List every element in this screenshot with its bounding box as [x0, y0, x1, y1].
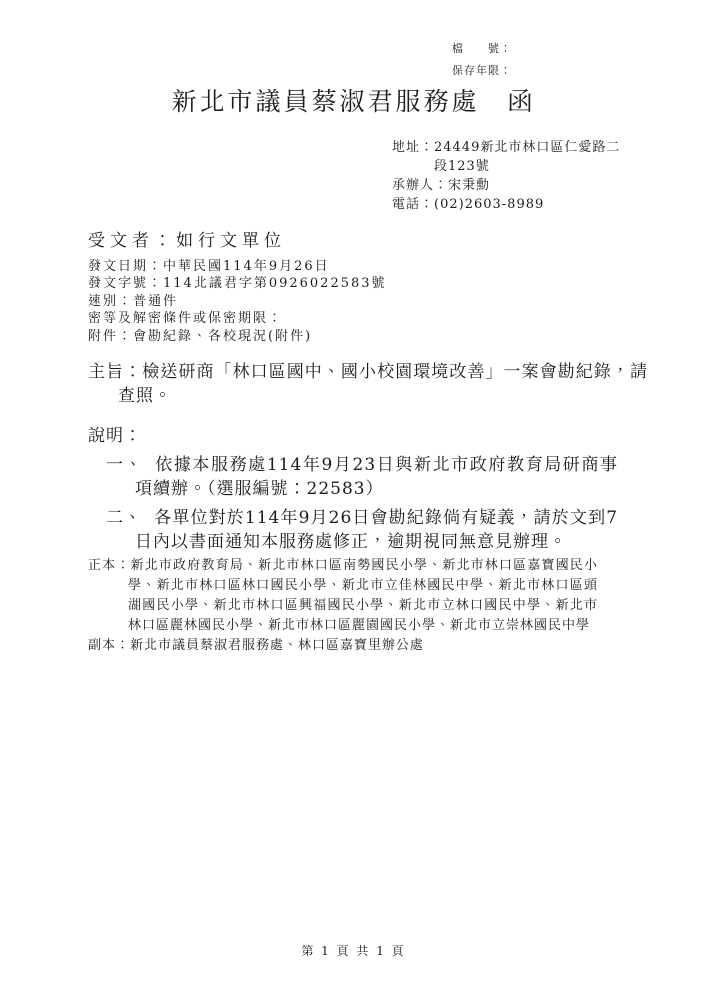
meta-row-priority: 速別：普通件: [88, 293, 387, 310]
meta-label: 速別：: [88, 294, 133, 309]
item-text: 依據本服務處114年9月23日與新北市政府教育局研商事項續辦。（選服編號：225…: [135, 455, 618, 499]
sender-address-line1: 地址：24449新北市林口區仁愛路二: [392, 138, 620, 157]
phone-label: 電話：: [392, 197, 434, 212]
recipient-line: 受文者：如行文單位: [88, 226, 286, 251]
document-meta-block: 發文日期：中華民國114年9月26日 發文字號：114北議君字第09260225…: [88, 258, 387, 345]
meta-row-attachment: 附件：會勘紀錄、各校現況(附件): [88, 328, 387, 345]
meta-label: 發文字號：: [88, 276, 163, 291]
meta-row-doc-number: 發文字號：114北議君字第0926022583號: [88, 275, 387, 292]
retention-period-label: 保存年限：: [452, 60, 512, 82]
meta-row-issue-date: 發文日期：中華民國114年9月26日: [88, 258, 387, 275]
recipient-value: 如行文單位: [176, 231, 286, 251]
document-page: 檔 號： 保存年限： 新北市議員蔡淑君服務處 函 地址：24449新北市林口區仁…: [0, 0, 707, 1000]
meta-value: 114北議君字第0926022583號: [163, 276, 387, 291]
explanation-item-2: 二、各單位對於114年9月26日會勘紀錄倘有疑義，請於文到7日內以書面通知本服務…: [106, 506, 618, 554]
explanation-item-1: 一、依據本服務處114年9月23日與新北市政府教育局研商事項續辦。（選服編號：2…: [106, 453, 618, 501]
phone-number: (02)2603-8989: [434, 197, 544, 212]
address-label: 地址：: [392, 140, 434, 155]
meta-label: 附件：: [88, 329, 133, 344]
file-number-block: 檔 號： 保存年限：: [452, 38, 512, 82]
sender-contact: 承辦人：宋秉勳: [392, 176, 620, 195]
meta-value: 中華民國114年9月26日: [163, 259, 330, 274]
contact-label: 承辦人：: [392, 178, 448, 193]
sender-phone: 電話：(02)2603-8989: [392, 195, 620, 214]
sender-info-block: 地址：24449新北市林口區仁愛路二 段123號 承辦人：宋秉勳 電話：(02)…: [392, 138, 620, 214]
subject-label: 主旨：: [88, 362, 142, 382]
subject-section: 主旨：檢送研商「林口區國中、國小校園環境改善」一案會勘紀錄，請查照。: [88, 360, 648, 408]
item-text: 各單位對於114年9月26日會勘紀錄倘有疑義，請於文到7日內以書面通知本服務處修…: [135, 508, 618, 552]
meta-value: 會勘紀錄、各校現況(附件): [133, 329, 312, 344]
document-title: 新北市議員蔡淑君服務處 函: [0, 82, 707, 118]
copies-cc-list: 新北市議員蔡淑君服務處、林口區嘉寶里辦公處: [130, 638, 424, 653]
address-value-line1: 24449新北市林口區仁愛路二: [434, 140, 620, 155]
contact-name: 宋秉勳: [448, 178, 490, 193]
sender-address-line2: 段123號: [392, 157, 620, 176]
item-marker: 二、: [106, 508, 154, 528]
page-footer: 第 1 頁 共 1 頁: [0, 942, 707, 959]
explanation-section: 說明： 一、依據本服務處114年9月23日與新北市政府教育局研商事項續辦。（選服…: [88, 424, 618, 554]
meta-label: 密等及解密條件或保密期限：: [88, 311, 283, 326]
distribution-block: 正本：新北市政府教育局、新北市林口區南勢國民小學、新北市林口區嘉寶國民小學、新北…: [88, 556, 598, 656]
archive-number-label: 檔 號：: [452, 38, 512, 60]
subject-text: 檢送研商「林口區國中、國小校園環境改善」一案會勘紀錄，請查照。: [118, 362, 648, 406]
meta-value: 普通件: [133, 294, 178, 309]
copies-original-list: 新北市政府教育局、新北市林口區南勢國民小學、新北市林口區嘉寶國民小學、新北市林口…: [128, 558, 598, 633]
meta-row-classification: 密等及解密條件或保密期限：: [88, 310, 387, 327]
meta-label: 發文日期：: [88, 259, 163, 274]
copies-cc-row: 副本：新北市議員蔡淑君服務處、林口區嘉寶里辦公處: [88, 636, 598, 656]
explanation-label: 說明：: [88, 424, 618, 448]
copies-original-label: 正本：: [88, 558, 131, 573]
copies-original-row: 正本：新北市政府教育局、新北市林口區南勢國民小學、新北市林口區嘉寶國民小學、新北…: [88, 556, 598, 636]
recipient-label: 受文者：: [88, 231, 176, 251]
copies-cc-label: 副本：: [88, 638, 130, 653]
item-marker: 一、: [106, 455, 155, 475]
